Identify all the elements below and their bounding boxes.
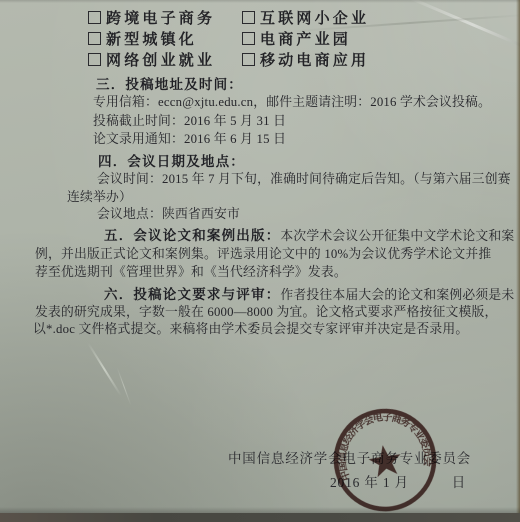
section5-line1: 五．会议论文和案例出版：本次学术会议公开征集中文学术论文和案 bbox=[104, 224, 514, 245]
checkbox-icon bbox=[242, 11, 255, 24]
topic-item: 网络创业就业 bbox=[88, 51, 215, 67]
paper-right-edge bbox=[516, 0, 520, 522]
topic-item: 新型城镇化 bbox=[88, 30, 197, 46]
section4-time-line: 会议时间：2015 年 7 月下旬，准确时间待确定后告知。（与第六届三创赛 bbox=[97, 168, 511, 187]
checkbox-icon bbox=[88, 11, 101, 24]
checkbox-icon bbox=[88, 32, 101, 45]
section3-notify-line: 论文录用通知：2016 年 6 月 15 日 bbox=[93, 128, 286, 147]
section3-heading: 三．投稿地址及时间： bbox=[96, 73, 243, 93]
topic-item: 电商产业园 bbox=[242, 30, 351, 46]
section3-email-line: 专用信箱：eccn@xjtu.edu.cn，邮件主题请注明：2016 学术会议投… bbox=[93, 91, 491, 110]
section3-deadline-line: 投稿截止时间：2016 年 5 月 31 日 bbox=[93, 110, 286, 129]
section5-line2: 例，并出版正式论文和案例集。评选录用论文中的 10%为会议优秀学术论文并推 bbox=[35, 243, 491, 262]
seal-star-icon bbox=[367, 443, 404, 478]
photographed-document: 跨境电子商务 互联网小企业 新型城镇化 电商产业园 网络创业就业 移动电商应用 … bbox=[0, 0, 520, 522]
topic-label: 跨境电子商务 bbox=[106, 7, 215, 28]
section5-line3: 荐至优选期刊《管理世界》和《当代经济科学》发表。 bbox=[35, 261, 347, 280]
checkbox-icon bbox=[242, 53, 255, 66]
photo-top-shadow bbox=[0, 0, 520, 3]
photo-bottom-edge bbox=[0, 513, 520, 522]
official-seal-stamp: 中国信息经济学会电子商务专业委员会 bbox=[315, 390, 455, 522]
topic-label: 移动电商应用 bbox=[260, 49, 369, 70]
section6-heading: 六．投稿论文要求与评审： bbox=[104, 287, 280, 302]
checkbox-icon bbox=[242, 32, 255, 45]
topic-item: 互联网小企业 bbox=[242, 9, 369, 25]
checkbox-icon bbox=[88, 53, 101, 66]
topic-label: 新型城镇化 bbox=[106, 28, 197, 49]
topic-item: 跨境电子商务 bbox=[88, 9, 215, 25]
topic-item: 移动电商应用 bbox=[242, 51, 369, 67]
topic-label: 互联网小企业 bbox=[260, 7, 369, 28]
paper-crease-left-small bbox=[117, 368, 132, 406]
topic-label: 网络创业就业 bbox=[106, 49, 215, 70]
section4-place-line: 会议地点：陕西省西安市 bbox=[97, 203, 240, 222]
topic-label: 电商产业园 bbox=[260, 28, 351, 49]
section4-heading: 四．会议日期及地点： bbox=[98, 150, 245, 170]
paper-crease-top-right bbox=[403, 0, 520, 55]
section6-line3: 以*.doc 文件格式提交。来稿将由学术委员会提交专家评审并决定是否录用。 bbox=[33, 318, 468, 337]
section5-heading: 五．会议论文和案例出版： bbox=[104, 228, 280, 243]
paper-crease-left bbox=[87, 342, 122, 396]
